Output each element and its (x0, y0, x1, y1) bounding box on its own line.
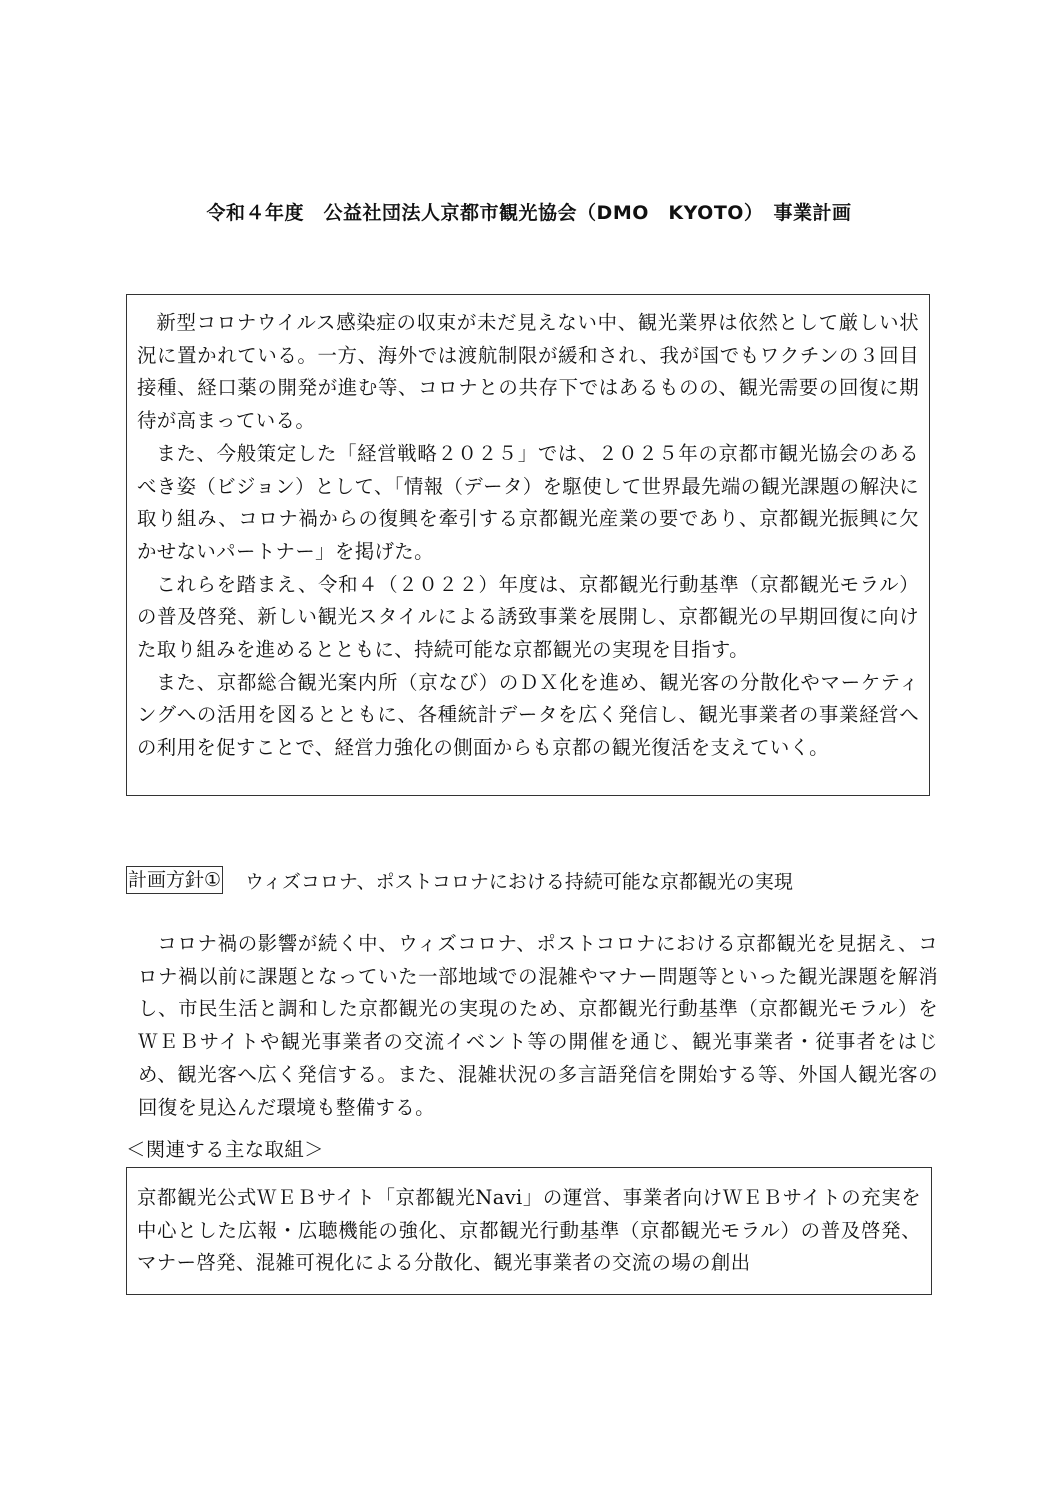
intro-paragraph: 新型コロナウイルス感染症の収束が未だ見えない中、観光業界は依然として厳しい状況に… (137, 307, 919, 438)
related-initiatives-box: 京都観光公式ＷＥＢサイト「京都観光Navi」の運営、事業者向けＷＥＢサイトの充実… (126, 1167, 932, 1295)
intro-paragraph: これらを踏まえ、令和４（２０２２）年度は、京都観光行動基準（京都観光モラル）の普… (137, 569, 919, 667)
policy-label: 計画方針① (126, 866, 223, 894)
page-title: 令和４年度 公益社団法人京都市観光協会（DMO KYOTO） 事業計画 (0, 197, 1058, 229)
policy-heading: 計画方針① ウィズコロナ、ポストコロナにおける持続可能な京都観光の実現 (126, 864, 793, 896)
intro-paragraph: また、京都総合観光案内所（京なび）のＤＸ化を進め、観光客の分散化やマーケティング… (137, 667, 919, 765)
intro-paragraph: また、今般策定した「経営戦略２０２５」では、２０２５年の京都市観光協会のあるべき… (137, 438, 919, 569)
policy-paragraph: コロナ禍の影響が続く中、ウィズコロナ、ポストコロナにおける京都観光を見据え、コロ… (138, 928, 938, 1124)
policy-body: コロナ禍の影響が続く中、ウィズコロナ、ポストコロナにおける京都観光を見据え、コロ… (138, 928, 938, 1124)
related-initiatives-label: ＜関連する主な取組＞ (126, 1135, 324, 1165)
related-initiatives-text: 京都観光公式ＷＥＢサイト「京都観光Navi」の運営、事業者向けＷＥＢサイトの充実… (137, 1182, 921, 1280)
intro-box: 新型コロナウイルス感染症の収束が未だ見えない中、観光業界は依然として厳しい状況に… (126, 294, 930, 796)
policy-title: ウィズコロナ、ポストコロナにおける持続可能な京都観光の実現 (245, 867, 793, 894)
